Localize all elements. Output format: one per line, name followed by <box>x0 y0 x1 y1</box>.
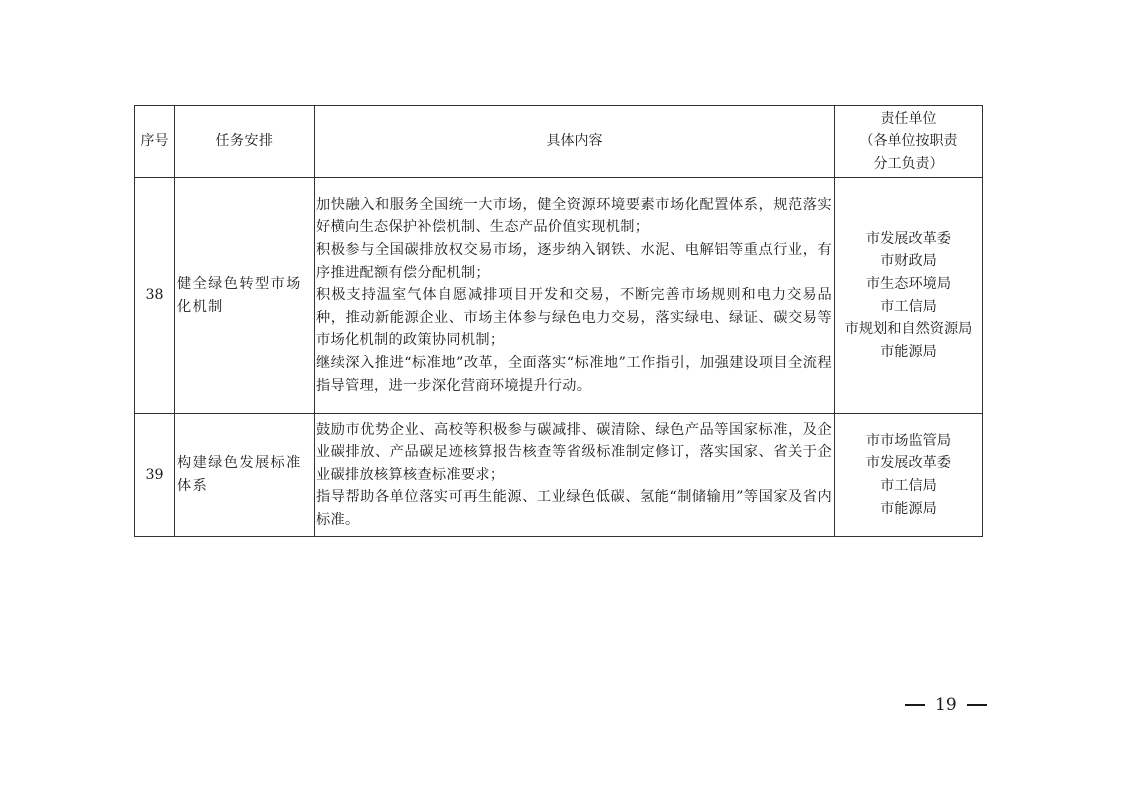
responsible-unit: 市生态环境局 <box>835 273 982 296</box>
responsible-unit: 市工信局 <box>835 296 982 319</box>
header-unit-line: 责任单位 <box>835 108 982 131</box>
responsible-unit: 市财政局 <box>835 250 982 273</box>
header-unit: 责任单位 （各单位按职责 分工负责） <box>835 106 983 178</box>
task-line: 体系 <box>175 475 314 498</box>
header-unit-line: （各单位按职责 <box>835 130 982 153</box>
table-header-row: 序号 任务安排 具体内容 责任单位 （各单位按职责 分工负责） <box>135 106 983 178</box>
table-row: 39 构建绿色发展标准 体系 鼓励市优势企业、高校等积极参与碳减排、碳清除、绿色… <box>135 414 983 537</box>
dash-right <box>967 704 987 706</box>
content-paragraph: 积极参与全国碳排放权交易市场，逐步纳入钢铁、水泥、电解铝等重点行业，有序推进配额… <box>315 239 834 284</box>
row-number: 38 <box>135 178 175 414</box>
responsible-unit: 市能源局 <box>835 498 982 521</box>
task-cell: 构建绿色发展标准 体系 <box>175 414 315 537</box>
page-number-text: 19 <box>935 695 957 715</box>
header-no: 序号 <box>135 106 175 178</box>
page-number: 19 <box>905 695 987 715</box>
responsible-unit: 市市场监管局 <box>835 430 982 453</box>
responsible-unit: 市规划和自然资源局 <box>835 318 982 341</box>
content-cell: 鼓励市优势企业、高校等积极参与碳减排、碳清除、绿色产品等国家标准，及企业碳排放、… <box>315 414 835 537</box>
dash-left <box>905 704 925 706</box>
task-cell: 健全绿色转型市场 化机制 <box>175 178 315 414</box>
content-paragraph: 指导帮助各单位落实可再生能源、工业绿色低碳、氢能“制储输用”等国家及省内标准。 <box>315 486 834 531</box>
header-content: 具体内容 <box>315 106 835 178</box>
responsible-unit: 市发展改革委 <box>835 452 982 475</box>
table-row: 38 健全绿色转型市场 化机制 加快融入和服务全国统一大市场，健全资源环境要素市… <box>135 178 983 414</box>
task-line: 健全绿色转型市场 <box>175 273 314 296</box>
header-unit-line: 分工负责） <box>835 153 982 176</box>
responsible-unit: 市发展改革委 <box>835 228 982 251</box>
content-paragraph: 继续深入推进“标准地”改革，全面落实“标准地”工作指引，加强建设项目全流程指导管… <box>315 352 834 397</box>
unit-cell: 市发展改革委 市财政局 市生态环境局 市工信局 市规划和自然资源局 市能源局 <box>835 178 983 414</box>
task-table: 序号 任务安排 具体内容 责任单位 （各单位按职责 分工负责） 38 健全绿色转… <box>134 105 983 537</box>
unit-cell: 市市场监管局 市发展改革委 市工信局 市能源局 <box>835 414 983 537</box>
content-paragraph: 积极支持温室气体自愿减排项目开发和交易，不断完善市场规则和电力交易品种，推动新能… <box>315 284 834 352</box>
header-task: 任务安排 <box>175 106 315 178</box>
content-cell: 加快融入和服务全国统一大市场，健全资源环境要素市场化配置体系，规范落实好横向生态… <box>315 178 835 414</box>
responsible-unit: 市工信局 <box>835 475 982 498</box>
task-line: 化机制 <box>175 296 314 319</box>
content-paragraph: 鼓励市优势企业、高校等积极参与碳减排、碳清除、绿色产品等国家标准，及企业碳排放、… <box>315 419 834 487</box>
task-line: 构建绿色发展标准 <box>175 452 314 475</box>
responsible-unit: 市能源局 <box>835 341 982 364</box>
content-paragraph: 加快融入和服务全国统一大市场，健全资源环境要素市场化配置体系，规范落实好横向生态… <box>315 194 834 239</box>
row-number: 39 <box>135 414 175 537</box>
